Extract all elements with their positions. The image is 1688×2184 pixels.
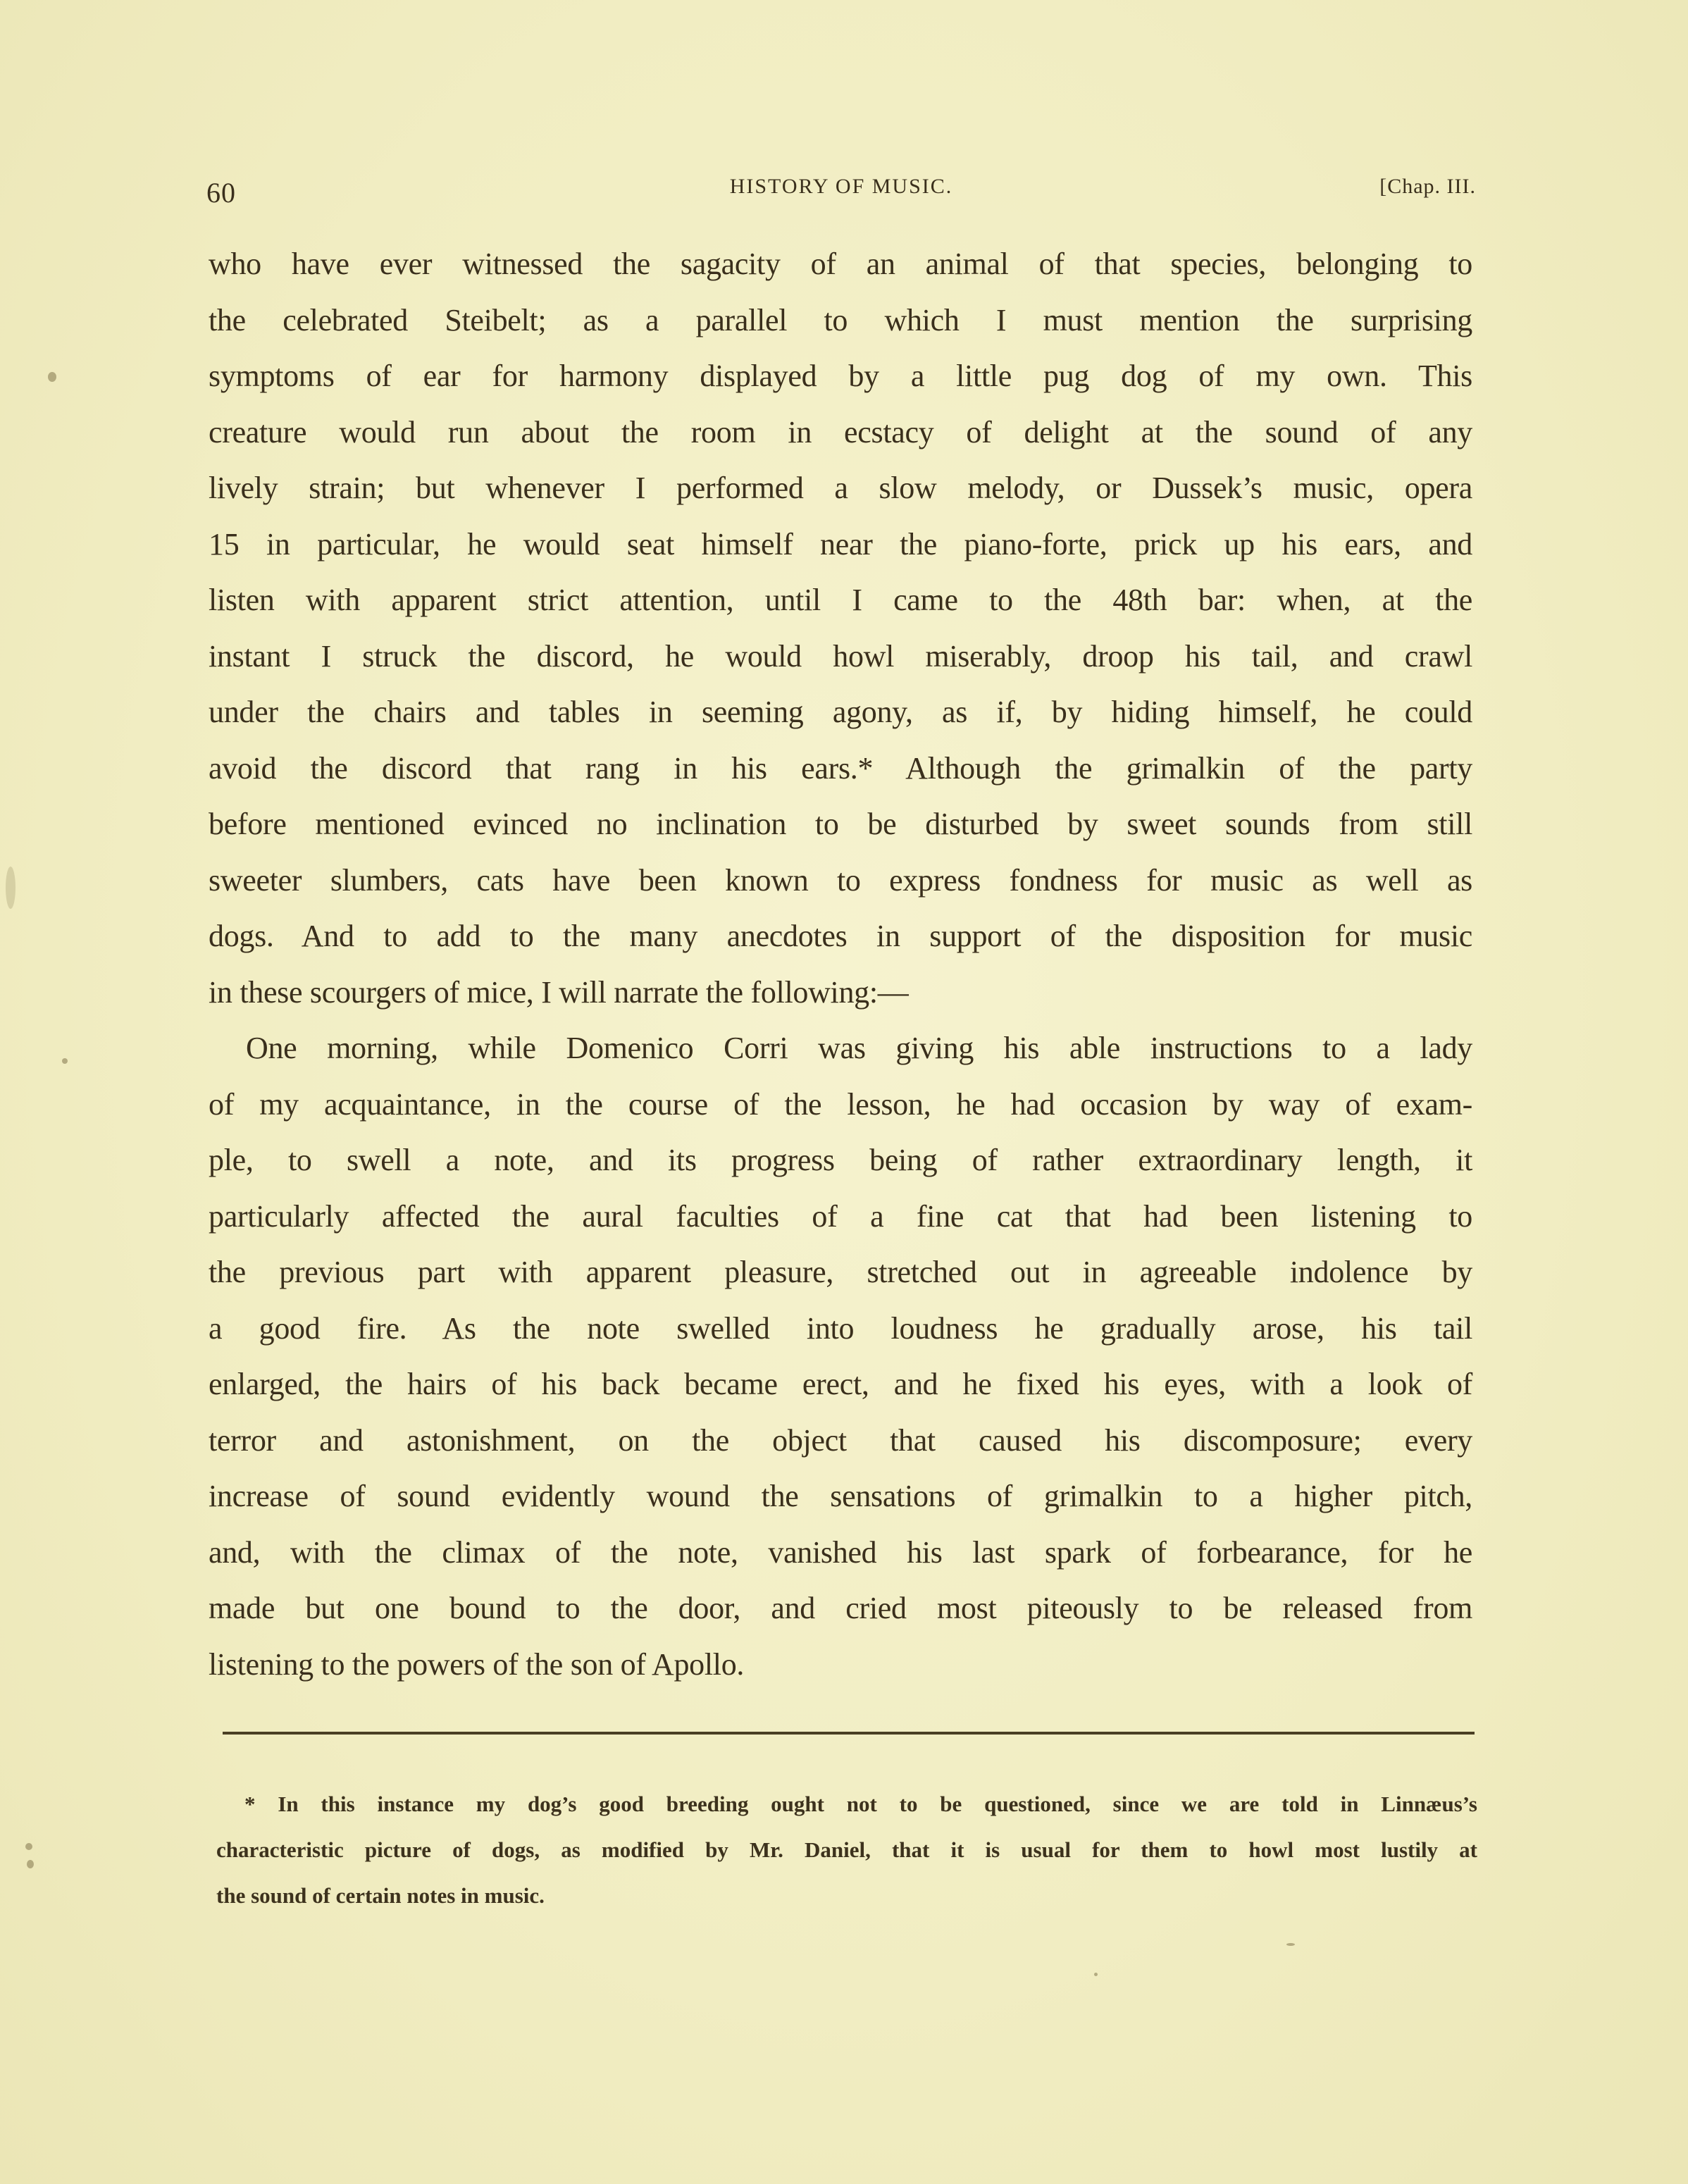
chapter-label: [Chap. III. xyxy=(1379,175,1476,199)
book-page: 60 HISTORY OF MUSIC. [Chap. III. who hav… xyxy=(0,0,1688,2184)
text-line: in these scourgers of mice, I will narra… xyxy=(209,964,1472,1021)
text-line: particularly affected the aural facultie… xyxy=(209,1189,1472,1245)
footnote-line: the sound of certain notes in music. xyxy=(216,1873,1477,1918)
text-line: the celebrated Steibelt; as a parallel t… xyxy=(209,292,1472,349)
paper-speck xyxy=(27,1860,34,1868)
text-line: listening to the powers of the son of Ap… xyxy=(209,1637,1472,1693)
text-line: dogs. And to add to the many anecdotes i… xyxy=(209,908,1472,964)
paper-speck xyxy=(1094,1973,1098,1976)
text-line: enlarged, the hairs of his back became e… xyxy=(209,1356,1472,1413)
text-line: instant I struck the discord, he would h… xyxy=(209,628,1472,685)
running-title: HISTORY OF MUSIC. xyxy=(206,175,1476,199)
text-line: creature would run about the room in ecs… xyxy=(209,404,1472,461)
footnote: * In this instance my dog’s good breedin… xyxy=(216,1781,1477,1918)
paragraph-start-line: One morning, while Domenico Corri was gi… xyxy=(209,1020,1472,1077)
text-line: terror and astonishment, on the object t… xyxy=(209,1413,1472,1469)
paper-speck xyxy=(25,1843,32,1850)
text-line: avoid the discord that rang in his ears.… xyxy=(209,740,1472,797)
text-line: ple, to swell a note, and its progress b… xyxy=(209,1132,1472,1189)
text-line: under the chairs and tables in seeming a… xyxy=(209,684,1472,740)
text-line: of my acquaintance, in the course of the… xyxy=(209,1077,1472,1133)
text-line: who have ever witnessed the sagacity of … xyxy=(209,236,1472,292)
footnote-divider xyxy=(223,1732,1475,1735)
text-line: made but one bound to the door, and crie… xyxy=(209,1580,1472,1637)
paper-speck xyxy=(48,372,56,382)
text-line: before mentioned evinced no inclination … xyxy=(209,796,1472,852)
text-line: symptoms of ear for harmony displayed by… xyxy=(209,348,1472,404)
running-head: 60 HISTORY OF MUSIC. [Chap. III. xyxy=(206,166,1476,209)
footnote-line: characteristic picture of dogs, as modif… xyxy=(216,1827,1477,1873)
text-line: lively strain; but whenever I performed … xyxy=(209,460,1472,516)
paper-speck xyxy=(1286,1943,1295,1946)
text-line: the previous part with apparent pleasure… xyxy=(209,1244,1472,1301)
body-text: who have ever witnessed the sagacity of … xyxy=(209,236,1472,1692)
paper-speck xyxy=(62,1058,68,1064)
text-line: listen with apparent strict attention, u… xyxy=(209,572,1472,628)
text-line: sweeter slumbers, cats have been known t… xyxy=(209,852,1472,909)
footnote-line: * In this instance my dog’s good breedin… xyxy=(216,1781,1477,1827)
text-line: and, with the climax of the note, vanish… xyxy=(209,1525,1472,1581)
paper-speck xyxy=(6,867,15,909)
text-line: a good fire. As the note swelled into lo… xyxy=(209,1301,1472,1357)
text-line: increase of sound evidently wound the se… xyxy=(209,1468,1472,1525)
text-line: 15 in particular, he would seat himself … xyxy=(209,516,1472,573)
